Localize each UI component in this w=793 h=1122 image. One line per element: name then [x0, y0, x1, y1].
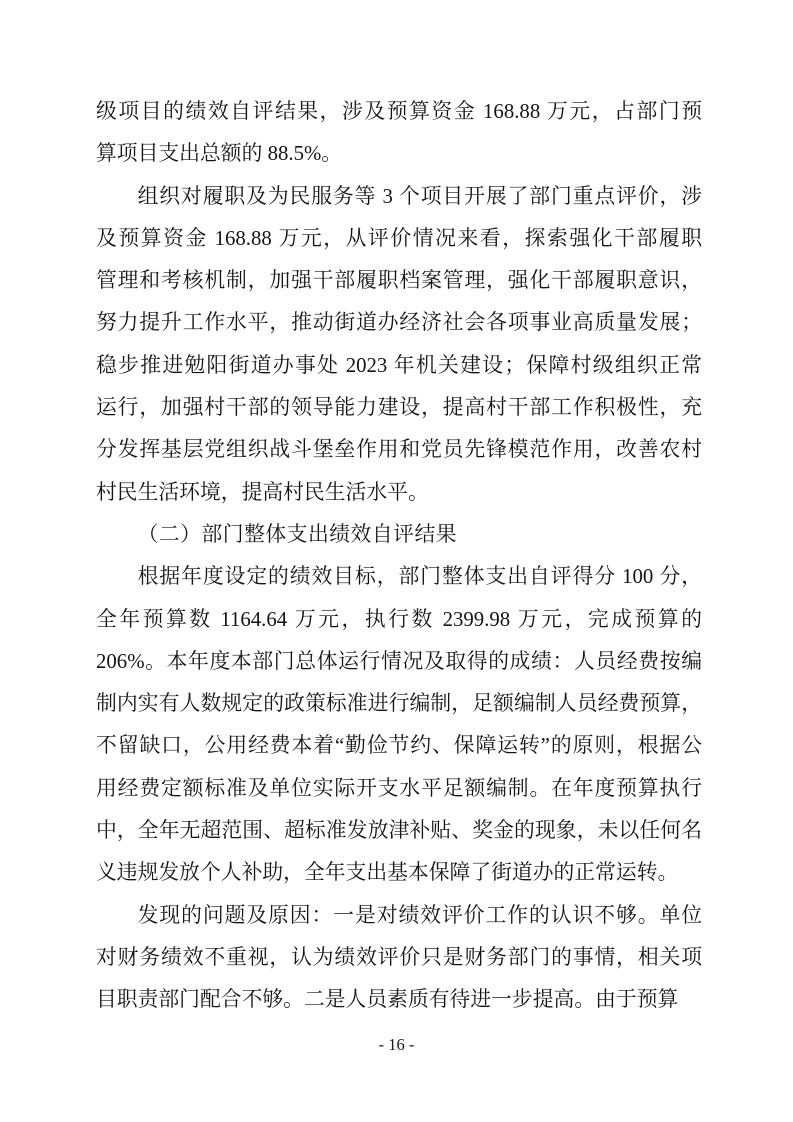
- text-line: 全年预算数 1164.64 万元，执行数 2399.98 万元，完成预算的: [96, 599, 702, 641]
- document-page: 级项目的绩效自评结果，涉及预算资金 168.88 万元，占部门预算项目支出总额的…: [0, 0, 793, 1122]
- text-line: 运行，加强村干部的领导能力建设，提高村干部工作积极性，充: [96, 387, 702, 429]
- paragraph: 根据年度设定的绩效目标，部门整体支出自评得分 100 分，全年预算数 1164.…: [96, 556, 702, 894]
- page-footer: - 16 -: [0, 1031, 793, 1059]
- page-number: - 16 -: [379, 1035, 415, 1054]
- section-heading: （二）部门整体支出绩效自评结果: [96, 514, 702, 556]
- paragraph: 组织对履职及为民服务等 3 个项目开展了部门重点评价，涉及预算资金 168.88…: [96, 176, 702, 514]
- text-line: 目职责部门配合不够。二是人员素质有待进一步提高。由于预算: [96, 979, 702, 1021]
- text-line: 稳步推进勉阳街道办事处 2023 年机关建设；保障村级组织正常: [96, 345, 702, 387]
- text-line: 努力提升工作水平，推动街道办经济社会各项事业高质量发展；: [96, 302, 702, 344]
- text-line: 206%。本年度本部门总体运行情况及取得的成绩：人员经费按编: [96, 641, 702, 683]
- text-line: 不留缺口，公用经费本着“勤俭节约、保障运转”的原则，根据公: [96, 725, 702, 767]
- text-line: 义违规发放个人补助，全年支出基本保障了街道办的正常运转。: [96, 852, 702, 894]
- text-line: 分发挥基层党组织战斗堡垒作用和党员先锋模范作用，改善农村: [96, 429, 702, 471]
- paragraph: 发现的问题及原因：一是对绩效评价工作的认识不够。单位对财务绩效不重视，认为绩效评…: [96, 895, 702, 1022]
- text-line: 村民生活环境，提高村民生活水平。: [96, 472, 702, 514]
- text-line: （二）部门整体支出绩效自评结果: [96, 514, 702, 556]
- text-line: 对财务绩效不重视，认为绩效评价只是财务部门的事情，相关项: [96, 937, 702, 979]
- text-line: 及预算资金 168.88 万元，从评价情况来看，探索强化干部履职: [96, 218, 702, 260]
- text-line: 级项目的绩效自评结果，涉及预算资金 168.88 万元，占部门预: [96, 91, 702, 133]
- text-line: 管理和考核机制，加强干部履职档案管理，强化干部履职意识，: [96, 260, 702, 302]
- text-line: 中，全年无超范围、超标准发放津补贴、奖金的现象，未以任何名: [96, 810, 702, 852]
- document-body: 级项目的绩效自评结果，涉及预算资金 168.88 万元，占部门预算项目支出总额的…: [96, 91, 702, 1022]
- text-line: 算项目支出总额的 88.5%。: [96, 133, 702, 175]
- text-line: 根据年度设定的绩效目标，部门整体支出自评得分 100 分，: [96, 556, 702, 598]
- text-line: 制内实有人数规定的政策标准进行编制，足额编制人员经费预算，: [96, 683, 702, 725]
- paragraph: 级项目的绩效自评结果，涉及预算资金 168.88 万元，占部门预算项目支出总额的…: [96, 91, 702, 176]
- text-line: 发现的问题及原因：一是对绩效评价工作的认识不够。单位: [96, 895, 702, 937]
- text-line: 组织对履职及为民服务等 3 个项目开展了部门重点评价，涉: [96, 176, 702, 218]
- text-line: 用经费定额标准及单位实际开支水平足额编制。在年度预算执行: [96, 768, 702, 810]
